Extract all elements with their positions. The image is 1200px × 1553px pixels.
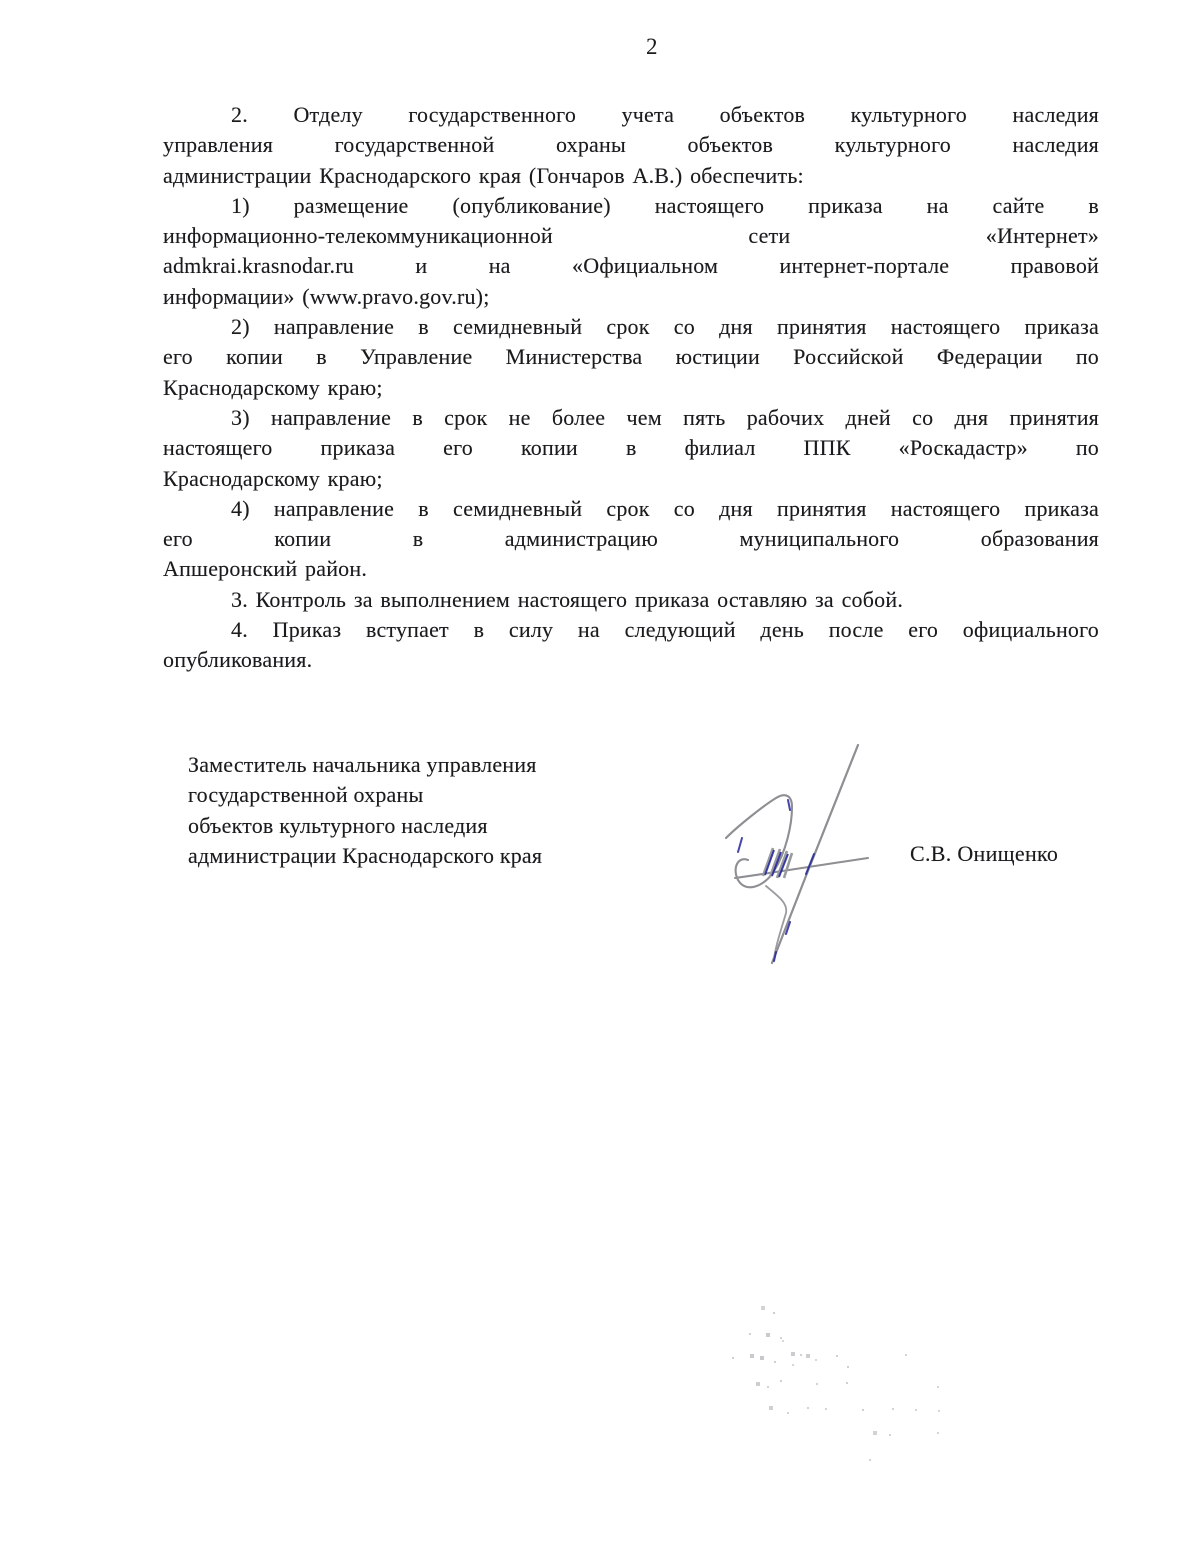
signatory-position-block: Заместитель начальника управления госуда…: [188, 750, 708, 871]
paragraph-order-item-2: 2. Отделу государственного учета объекто…: [163, 100, 1099, 191]
text-line: администрации Краснодарского края (Гонча…: [163, 161, 1099, 191]
scan-speckle-artifacts: [0, 0, 2, 2]
paragraph-subitem-3: 3) направление в срок не более чем пять …: [163, 403, 1099, 494]
paragraph-order-item-4: 4. Приказ вступает в силу на следующий д…: [163, 615, 1099, 676]
handwritten-signature-icon: [718, 726, 908, 971]
text-line: 4. Приказ вступает в силу на следующий д…: [163, 615, 1099, 645]
text-line: Апшеронский район.: [163, 554, 1099, 584]
text-line: 2) направление в семидневный срок со дня…: [163, 312, 1099, 342]
text-line: информационно-телекоммуникационной сети …: [163, 221, 1099, 251]
text-line: его копии в администрацию муниципального…: [163, 524, 1099, 554]
signatory-position-line: администрации Краснодарского края: [188, 841, 708, 871]
text-line: 1) размещение (опубликование) настоящего…: [163, 191, 1099, 221]
signatory-position-line: объектов культурного наследия: [188, 811, 708, 841]
document-body: 2. Отделу государственного учета объекто…: [163, 100, 1099, 676]
signatory-position-line: Заместитель начальника управления: [188, 750, 708, 780]
signatory-position-line: государственной охраны: [188, 780, 708, 810]
paragraph-subitem-2: 2) направление в семидневный срок со дня…: [163, 312, 1099, 403]
text-line: 3) направление в срок не более чем пять …: [163, 403, 1099, 433]
text-line: опубликования.: [163, 645, 1099, 675]
text-line: 3. Контроль за выполнением настоящего пр…: [163, 585, 1099, 615]
signatory-name: С.В. Онищенко: [910, 840, 1058, 868]
text-line: информации» (www.pravo.gov.ru);: [163, 282, 1099, 312]
page-number: 2: [646, 34, 658, 60]
paragraph-subitem-1: 1) размещение (опубликование) настоящего…: [163, 191, 1099, 312]
text-line: настоящего приказа его копии в филиал ПП…: [163, 433, 1099, 463]
paragraph-subitem-4: 4) направление в семидневный срок со дня…: [163, 494, 1099, 585]
text-line: его копии в Управление Министерства юсти…: [163, 342, 1099, 372]
document-page: 2 2. Отделу государственного учета объек…: [0, 0, 1200, 1553]
text-line: admkrai.krasnodar.ru и на «Официальном и…: [163, 251, 1099, 281]
text-line: Краснодарскому краю;: [163, 464, 1099, 494]
text-line: управления государственной охраны объект…: [163, 130, 1099, 160]
text-line: 4) направление в семидневный срок со дня…: [163, 494, 1099, 524]
text-line: 2. Отделу государственного учета объекто…: [163, 100, 1099, 130]
text-line: Краснодарскому краю;: [163, 373, 1099, 403]
paragraph-order-item-3: 3. Контроль за выполнением настоящего пр…: [163, 585, 1099, 615]
